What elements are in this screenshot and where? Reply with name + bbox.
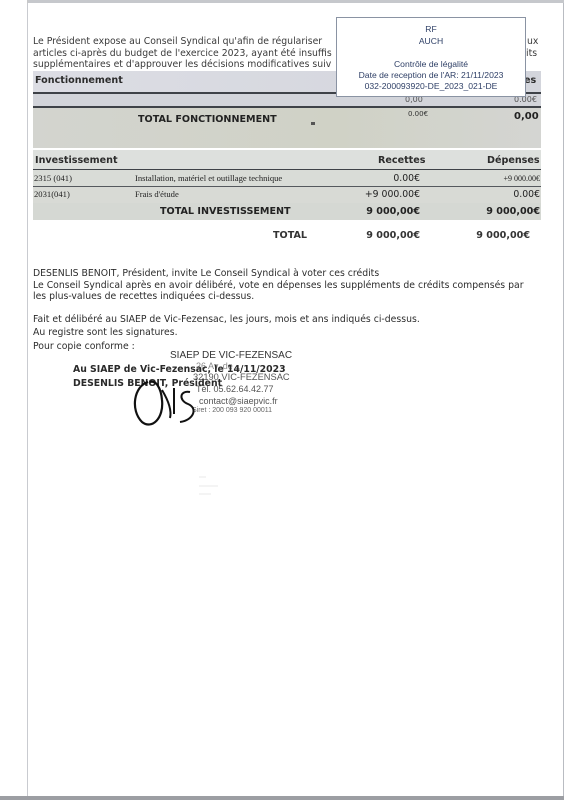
bleed-through-mark-icon: [196, 472, 226, 502]
row-recettes: 0.00€: [360, 173, 420, 184]
total-investissement-depenses: 9 000,00€: [460, 206, 540, 217]
row-depenses: 0.00€: [470, 189, 540, 200]
stamp-control: Contrôle de légalité: [337, 59, 525, 70]
fonctionnement-heading: Fonctionnement: [35, 75, 123, 86]
investissement-heading: Investissement: [35, 155, 118, 166]
stamp-city: AUCH: [337, 36, 525, 47]
total-investissement-recettes: 9 000,00€: [340, 206, 420, 217]
total-fonctionnement-depenses: 0,00: [514, 111, 539, 122]
grand-total-recettes: 9 000,00€: [340, 230, 420, 241]
row-code: 2031(041): [34, 189, 70, 199]
scan-speck: [311, 122, 315, 125]
grand-total-label: TOTAL: [273, 230, 307, 241]
col-header-recettes: Recettes: [378, 155, 425, 166]
grand-total-depenses: 9 000,00€: [450, 230, 530, 241]
total-fonctionnement-label: TOTAL FONCTIONNEMENT: [138, 114, 277, 125]
closing-line: Fait et délibéré au SIAEP de Vic-Fezensa…: [33, 314, 553, 326]
row-code: 2315 (041): [34, 173, 72, 183]
stamp-rf: RF: [337, 24, 525, 35]
intro-fragment: its: [526, 48, 537, 59]
reception-stamp: RF AUCH Contrôle de légalité Date de rec…: [336, 17, 526, 97]
body-line: Le Conseil Syndical après en avoir délib…: [33, 280, 553, 292]
body-line: les plus-values de recettes indiquées ci…: [33, 291, 553, 303]
investissement-row-band: [33, 170, 541, 187]
row-depenses: +9 000.00€: [470, 174, 540, 183]
col-header-depenses: Dépenses: [487, 155, 540, 166]
row-recettes: +9 000.00€: [350, 189, 420, 200]
scan-bottom-edge: [0, 796, 564, 800]
intro-fragment: ux: [527, 36, 538, 47]
row-label: Frais d'étude: [135, 189, 179, 199]
deliberation-paragraph: DESENLIS BENOIT, Président, invite Le Co…: [33, 268, 553, 352]
stamp-act-id: 032-200093920-DE_2023_021-DE: [337, 81, 525, 92]
closing-line: Au registre sont les signatures.: [33, 327, 553, 339]
investissement-row-band: [33, 187, 541, 203]
closing-line: Pour copie conforme :: [33, 341, 553, 353]
fonctionnement-total-band: [33, 108, 541, 148]
handwritten-signature-icon: [128, 370, 218, 430]
total-fonctionnement-recettes: 0.00€: [408, 110, 428, 118]
body-line: DESENLIS BENOIT, Président, invite Le Co…: [33, 268, 553, 280]
scan-left-margin: [0, 0, 28, 800]
row-label: Installation, matériel et outillage tech…: [135, 173, 282, 183]
stamp-reception-date: Date de reception de l'AR: 21/11/2023: [337, 70, 525, 81]
total-investissement-label: TOTAL INVESTISSEMENT: [160, 206, 291, 217]
org-stamp-name: SIAEP DE VIC-FEZENSAC: [170, 350, 292, 361]
